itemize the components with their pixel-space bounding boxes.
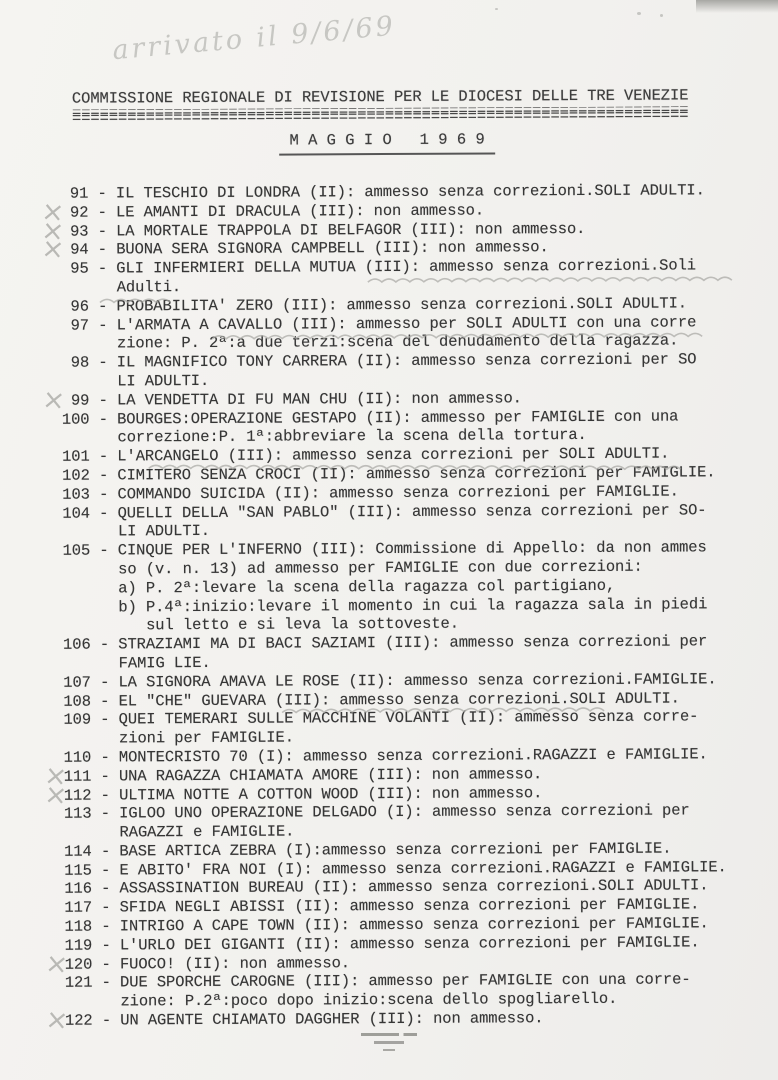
entry-text: STRAZIAMI MA DI BACI SAZIAMI (III): amme… bbox=[118, 632, 707, 653]
entry-separator: - bbox=[92, 936, 120, 954]
list-entry: 100 - BOURGES:OPERAZIONE GESTAPO (II): a… bbox=[62, 407, 768, 448]
entry-text: UN AGENTE CHIAMATO DAGGHER (III): non am… bbox=[120, 1009, 543, 1029]
subtitle-wrap: M A G G I O 1 9 6 9 bbox=[0, 129, 776, 157]
entry-text: MONTECRISTO 70 (I): ammesso senza correz… bbox=[119, 745, 708, 766]
entry-text: E ABITO' FRA NOI (I): ammesso senza corr… bbox=[119, 858, 726, 879]
entry-number: 106 bbox=[63, 636, 91, 655]
list-entry: 121 - DUE SPORCHE CAROGNE (III): ammesso… bbox=[64, 970, 770, 1011]
entry-first-line: 105 - CINQUE PER L'INFERNO (III): Commis… bbox=[62, 538, 768, 560]
list-entry: 104 - QUELLI DELLA "SAN PABLO" (III): am… bbox=[62, 501, 768, 542]
entry-text: SFIDA NEGLI ABISSI (II): ammesso senza c… bbox=[120, 896, 700, 917]
entry-separator: - bbox=[91, 767, 119, 785]
entry-text: ASSASSINATION BUREAU (II): ammesso senza… bbox=[119, 877, 708, 898]
entry-separator: - bbox=[92, 917, 120, 935]
entry-separator: - bbox=[92, 955, 120, 973]
entry-separator: - bbox=[91, 692, 119, 710]
entry-text: L'ARCANGELO (III): ammesso senza correzi… bbox=[117, 445, 669, 466]
entry-text: PROBABILITA' ZERO (III): ammesso senza c… bbox=[116, 294, 687, 315]
entry-separator: - bbox=[92, 861, 120, 879]
entry-separator: - bbox=[88, 222, 116, 240]
entry-text: IL MAGNIFICO TONY CARRERA (II): ammesso … bbox=[117, 351, 697, 372]
entry-first-line: 95 - GLI INFERMIERI DELLA MUTUA (III): a… bbox=[61, 256, 767, 278]
entry-separator: - bbox=[89, 391, 117, 409]
entry-number: 107 bbox=[63, 673, 91, 692]
entry-separator: - bbox=[90, 485, 118, 503]
entry-separator: - bbox=[90, 448, 118, 466]
footer-marks bbox=[0, 1033, 778, 1051]
list-entry: ×122 - UN AGENTE CHIAMATO DAGGHER (III):… bbox=[65, 1008, 771, 1030]
entry-first-line: 106 - STRAZIAMI MA DI BACI SAZIAMI (III)… bbox=[63, 632, 769, 654]
entry-separator: - bbox=[90, 504, 118, 522]
entry-separator: - bbox=[93, 1011, 121, 1029]
footer-mark bbox=[361, 1033, 417, 1036]
entry-separator: - bbox=[92, 842, 120, 860]
entry-number: 116 bbox=[64, 880, 92, 899]
entry-text: correzione:P. 1ª:abbreviare la scena del… bbox=[117, 426, 586, 446]
entry-text: ULTIMA NOTTE A COTTON WOOD (III): non am… bbox=[119, 784, 542, 804]
entry-text: QUEI TEMERARI SULLE MACCHINE VOLANTI (II… bbox=[119, 708, 699, 729]
entry-separator: - bbox=[88, 203, 116, 221]
entry-text: LI ADULTI. bbox=[118, 522, 210, 540]
entry-first-line: 109 - QUEI TEMERARI SULLE MACCHINE VOLAN… bbox=[63, 707, 769, 729]
entry-number: 108 bbox=[63, 692, 91, 711]
entry-number: 96 bbox=[61, 297, 89, 316]
entry-text: LE AMANTI DI DRACULA (III): non ammesso. bbox=[116, 201, 484, 221]
entry-separator: - bbox=[88, 184, 116, 202]
entry-text: QUELLI DELLA "SAN PABLO" (III): ammesso … bbox=[118, 501, 707, 522]
entry-text: zioni per FAMIGLIE. bbox=[119, 729, 294, 748]
entry-number: 103 bbox=[62, 485, 90, 504]
footer-mark bbox=[374, 1041, 404, 1044]
entry-number: 95 bbox=[61, 260, 89, 279]
footer-mark bbox=[383, 1049, 395, 1051]
entry-separator: - bbox=[92, 974, 120, 992]
entry-separator: - bbox=[91, 805, 119, 823]
list-entry: 98 - IL MAGNIFICO TONY CARRERA (II): amm… bbox=[61, 350, 767, 391]
entry-text: IL TESCHIO DI LONDRA (II): ammesso senza… bbox=[116, 181, 705, 202]
entry-separator: - bbox=[92, 880, 120, 898]
entry-separator: - bbox=[91, 786, 119, 804]
entry-number: 109 bbox=[63, 711, 91, 730]
entry-number: 115 bbox=[64, 861, 92, 880]
list-entry: 105 - CINQUE PER L'INFERNO (III): Commis… bbox=[62, 538, 768, 636]
entry-separator: - bbox=[91, 636, 119, 654]
entry-number: 101 bbox=[62, 448, 90, 467]
entry-text: FAMIG LIE. bbox=[119, 654, 211, 672]
entry-text: BASE ARTICA ZEBRA (I):ammesso senza corr… bbox=[119, 839, 671, 860]
entry-text: EL "CHE" GUEVARA (III): ammesso senza co… bbox=[119, 689, 680, 710]
entry-separator: - bbox=[89, 316, 117, 334]
list-entry: 106 - STRAZIAMI MA DI BACI SAZIAMI (III)… bbox=[63, 632, 769, 673]
document-subtitle: M A G G I O 1 9 6 9 bbox=[279, 130, 494, 155]
entry-text: CINQUE PER L'INFERNO (III): Commissione … bbox=[118, 538, 707, 559]
entry-text: LI ADULTI. bbox=[117, 372, 209, 390]
entry-text: LA MORTALE TRAPPOLA DI BELFAGOR (III): n… bbox=[116, 220, 585, 240]
entry-text: RAGAZZI e FAMIGLIE. bbox=[119, 823, 294, 842]
entry-text: IGLOO UNO OPERAZIONE DELGADO (I): ammess… bbox=[119, 802, 690, 823]
pencil-x-mark: × bbox=[44, 1006, 69, 1035]
entry-number: 121 bbox=[64, 974, 92, 993]
entry-text: UNA RAGAZZA CHIAMATA AMORE (III): non am… bbox=[119, 765, 542, 785]
entry-number: 105 bbox=[62, 542, 90, 561]
entry-first-line: 98 - IL MAGNIFICO TONY CARRERA (II): amm… bbox=[61, 350, 767, 372]
scanned-document-page: arrivato il 9/6/69 COMMISSIONE REGIONALE… bbox=[0, 0, 778, 1080]
entry-separator: - bbox=[91, 748, 119, 766]
entry-text: BUONA SERA SIGNORA CAMPBELL (III): non a… bbox=[116, 239, 549, 259]
entry-number: 113 bbox=[64, 805, 92, 824]
entry-separator: - bbox=[89, 297, 117, 315]
entry-separator: - bbox=[89, 354, 117, 372]
entry-number: 117 bbox=[64, 899, 92, 918]
entry-text: zione: P.2ª:poco dopo inizio:scena dello… bbox=[120, 990, 617, 1011]
entry-separator: - bbox=[89, 241, 117, 259]
entry-text: INTRIGO A CAPE TOWN (II): ammesso senza … bbox=[120, 914, 709, 935]
entry-number: 102 bbox=[62, 467, 90, 486]
entry-separator: - bbox=[90, 466, 118, 484]
entry-text: zione: P. 2ª:a due terzi:scena del denud… bbox=[117, 332, 678, 353]
entry-text: L'ARMATA A CAVALLO (III): ammesso per SO… bbox=[117, 313, 697, 334]
entry-separator: - bbox=[91, 673, 119, 691]
list-entry: 97 - L'ARMATA A CAVALLO (III): ammesso p… bbox=[61, 313, 767, 354]
entry-text: a) P. 2ª:levare la scena della ragazza c… bbox=[118, 577, 615, 598]
entry-text: b) P.4ª:inizio:levare il momento in cui … bbox=[118, 595, 707, 616]
entry-number: 118 bbox=[64, 918, 92, 937]
entry-separator: - bbox=[89, 410, 117, 428]
entry-separator: - bbox=[92, 899, 120, 917]
entry-text: GLI INFERMIERI DELLA MUTUA (III): ammess… bbox=[116, 257, 696, 278]
entry-number: 104 bbox=[62, 504, 90, 523]
entry-text: so (v. n. 13) ad ammesso per FAMIGLIE co… bbox=[118, 558, 643, 579]
list-entry: 95 - GLI INFERMIERI DELLA MUTUA (III): a… bbox=[61, 256, 767, 297]
entry-text: FUOCO! (II): non ammesso. bbox=[120, 954, 350, 973]
entry-text: COMMANDO SUICIDA (II): ammesso senza cor… bbox=[117, 482, 678, 503]
entry-text: Adulti. bbox=[117, 278, 182, 296]
entry-first-line: 122 - UN AGENTE CHIAMATO DAGGHER (III): … bbox=[65, 1008, 771, 1030]
entries-list: 91 - IL TESCHIO DI LONDRA (II): ammesso … bbox=[60, 181, 770, 1031]
entry-separator: - bbox=[89, 260, 117, 278]
entry-text: BOURGES:OPERAZIONE GESTAPO (II): ammesso… bbox=[117, 407, 678, 428]
document-content: COMMISSIONE REGIONALE DI REVISIONE PER L… bbox=[0, 0, 778, 1080]
title-rule: ========================================… bbox=[72, 106, 689, 123]
list-entry: 113 - IGLOO UNO OPERAZIONE DELGADO (I): … bbox=[64, 801, 770, 842]
entry-text: DUE SPORCHE CAROGNE (III): ammesso per F… bbox=[120, 971, 691, 992]
entry-text: CIMITERO SENZA CROCI (II): ammesso senza… bbox=[117, 463, 715, 484]
entry-separator: - bbox=[91, 711, 119, 729]
entry-text: sul letto e si leva la sottoveste. bbox=[118, 615, 459, 635]
entry-number: 97 bbox=[61, 316, 89, 335]
document-title: COMMISSIONE REGIONALE DI REVISIONE PER L… bbox=[72, 86, 689, 107]
title-rule-row: ========================================… bbox=[72, 112, 689, 121]
entry-number: 114 bbox=[64, 842, 92, 861]
list-entry: 109 - QUEI TEMERARI SULLE MACCHINE VOLAN… bbox=[63, 707, 769, 748]
entry-text: LA VENDETTA DI FU MAN CHU (II): non amme… bbox=[117, 389, 522, 409]
entry-first-line: 113 - IGLOO UNO OPERAZIONE DELGADO (I): … bbox=[64, 801, 770, 823]
entry-number: 100 bbox=[62, 410, 90, 429]
entry-text: LA SIGNORA AMAVA LE ROSE (II): ammesso s… bbox=[118, 670, 716, 691]
entry-separator: - bbox=[90, 542, 118, 560]
entry-number: 98 bbox=[61, 354, 89, 373]
entry-text: L'URLO DEI GIGANTI (II): ammesso senza c… bbox=[120, 933, 700, 954]
